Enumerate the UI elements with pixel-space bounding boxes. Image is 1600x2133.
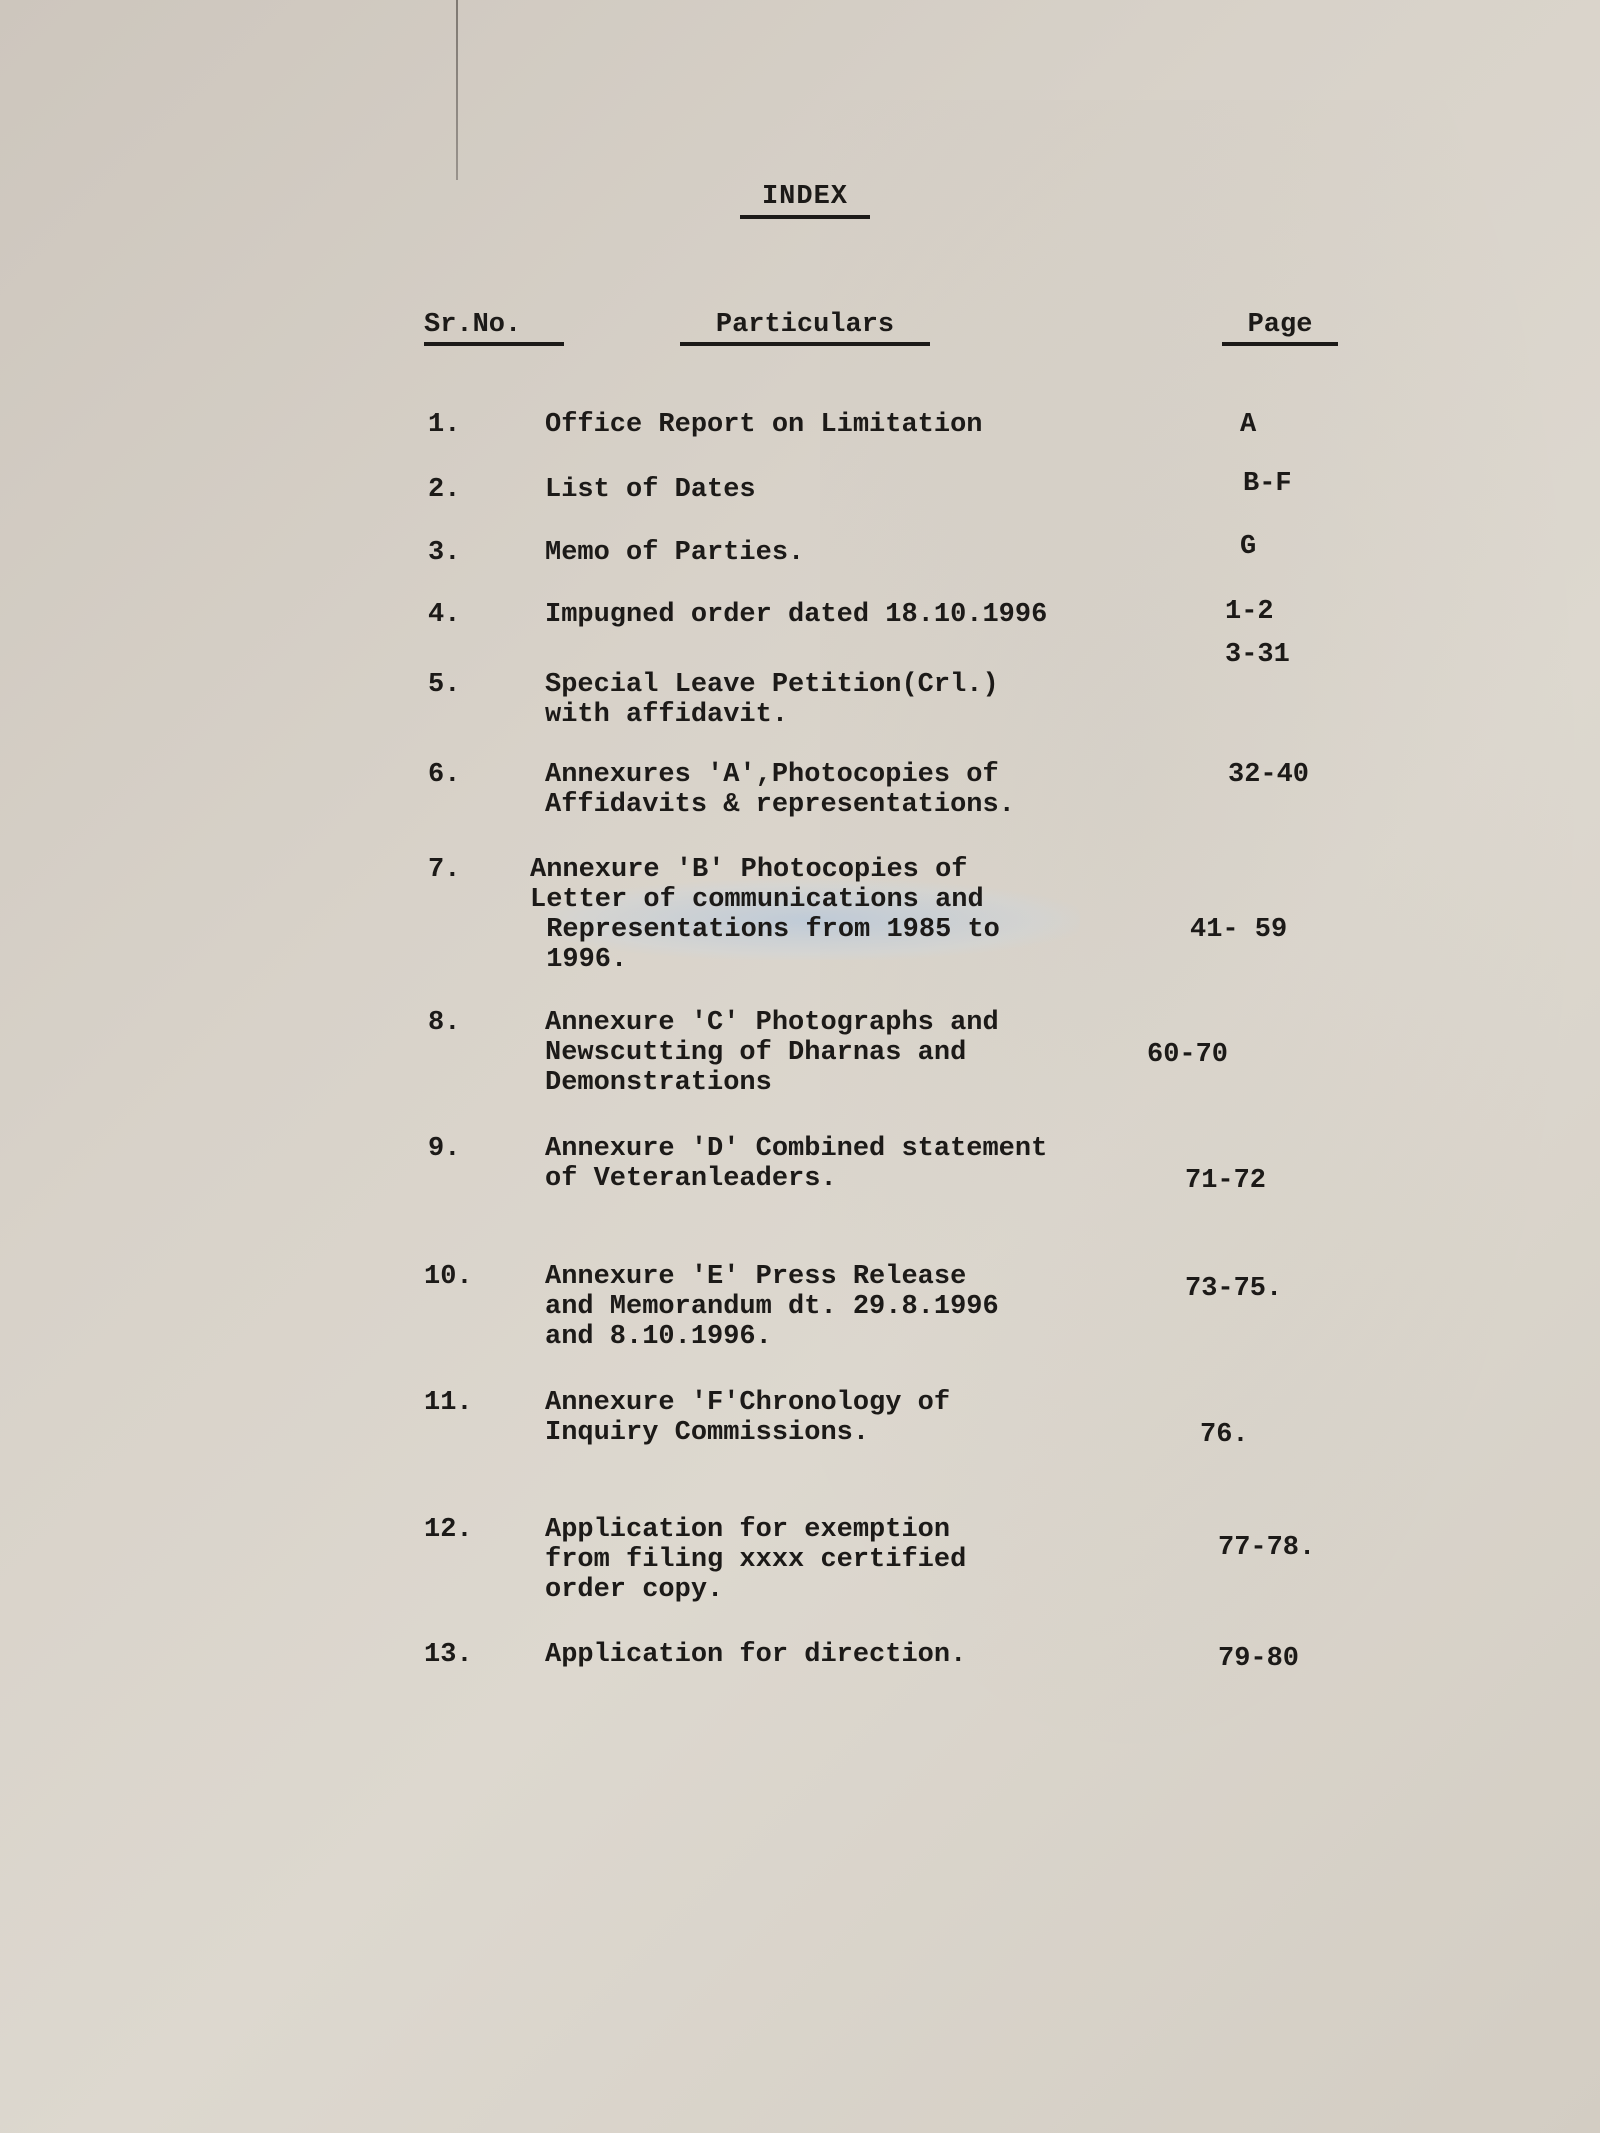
entry-page: 3-31 — [1225, 640, 1290, 670]
entry-serial-number: 1. — [428, 410, 460, 440]
entry-particulars: Impugned order dated 18.10.1996 — [545, 600, 1047, 630]
entry-particulars: List of Dates — [545, 475, 756, 505]
document-page: INDEX Sr.No. Particulars Page 1.Office R… — [0, 0, 1600, 2133]
entry-particulars: Application for exemption from filing xx… — [545, 1515, 966, 1605]
entry-page: 32-40 — [1228, 760, 1309, 790]
pencil-mark — [456, 0, 458, 180]
entry-serial-number: 11. — [424, 1388, 473, 1418]
entry-serial-number: 4. — [428, 600, 460, 630]
entry-serial-number: 3. — [428, 538, 460, 568]
entry-particulars: Annexure 'C' Photographs and Newscutting… — [545, 1008, 999, 1098]
entry-page: 71-72 — [1185, 1166, 1266, 1196]
entry-serial-number: 10. — [424, 1262, 473, 1292]
entry-page: 41- 59 — [1190, 915, 1287, 945]
entry-serial-number: 8. — [428, 1008, 460, 1038]
entry-page: 77-78. — [1218, 1533, 1315, 1563]
entry-serial-number: 7. — [428, 855, 460, 885]
entry-particulars: Application for direction. — [545, 1640, 966, 1670]
entry-particulars: Annexure 'D' Combined statement of Veter… — [545, 1134, 1047, 1194]
entry-particulars: Annexure 'B' Photocopies of Letter of co… — [530, 855, 1000, 975]
entry-serial-number: 5. — [428, 670, 460, 700]
entry-page: B-F — [1243, 469, 1292, 499]
entry-particulars: Special Leave Petition(Crl.) with affida… — [545, 670, 999, 730]
entry-serial-number: 13. — [424, 1640, 473, 1670]
entry-particulars: Memo of Parties. — [545, 538, 804, 568]
entry-particulars: Annexure 'F'Chronology of Inquiry Commis… — [545, 1388, 950, 1448]
entry-particulars: Annexure 'E' Press Release and Memorandu… — [545, 1262, 999, 1352]
entry-page: 76. — [1200, 1420, 1249, 1450]
header-particulars: Particulars — [680, 310, 930, 346]
header-sr-no: Sr.No. — [424, 310, 564, 346]
entry-serial-number: 12. — [424, 1515, 473, 1545]
entry-page: G — [1240, 532, 1256, 562]
entry-page: 73-75. — [1185, 1274, 1282, 1304]
entry-particulars: Office Report on Limitation — [545, 410, 982, 440]
entry-page: 79-80 — [1218, 1644, 1299, 1674]
entry-serial-number: 9. — [428, 1134, 460, 1164]
entry-page: 60-70 — [1147, 1040, 1228, 1070]
entry-serial-number: 2. — [428, 475, 460, 505]
entry-serial-number: 6. — [428, 760, 460, 790]
entry-page: A — [1240, 410, 1256, 440]
page-title: INDEX — [740, 182, 870, 219]
entry-particulars: Annexures 'A',Photocopies of Affidavits … — [545, 760, 1015, 820]
entry-page: 1-2 — [1225, 597, 1274, 627]
header-page: Page — [1222, 310, 1338, 346]
